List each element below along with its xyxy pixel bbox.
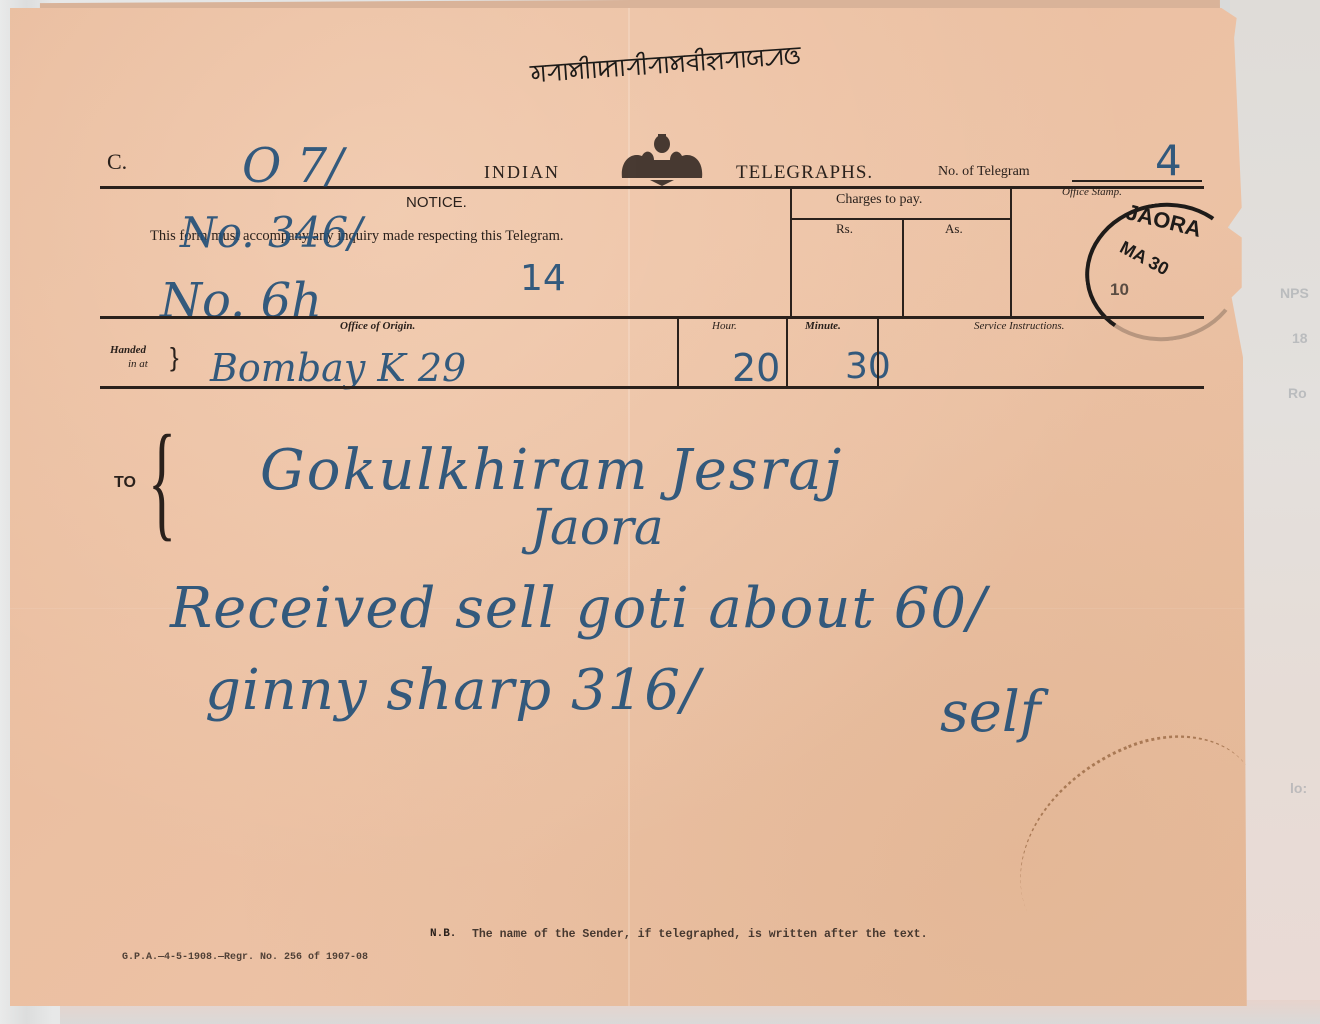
office-of-origin-value: Bombay K 29 [210, 346, 466, 390]
telegram-number-value: 4 [1155, 136, 1182, 185]
nb-text: The name of the Sender, if telegraphed, … [472, 928, 927, 941]
service-instructions-label: Service Instructions. [974, 320, 1064, 332]
charges-col-as: As. [945, 221, 963, 237]
hour-label: Hour. [712, 320, 737, 332]
handed-in-label-1: Handed [110, 344, 146, 356]
to-label: TO [114, 474, 136, 492]
header-title-indian: INDIAN [484, 162, 560, 183]
handed-in-label-2: in at [128, 358, 148, 370]
handwritten-code-1: O 7/ [242, 138, 343, 194]
minute-value: 30 [845, 346, 891, 387]
handwritten-word-count: 14 [520, 258, 566, 299]
telegram-form: ꠉꠞꠣꠝꠤꠣꠇꠣꠞꠤꠞꠣꠝꠌꠤꠡꠞꠣꠎꠀꠃ C. INDIAN TELEGRAP… [10, 8, 1272, 1006]
message-signature: self [940, 680, 1041, 745]
notice-heading: NOTICE. [406, 194, 467, 211]
to-brace: { [148, 416, 176, 546]
addressee-place: Jaora [530, 498, 664, 556]
handwritten-code-2: No. 346/ [180, 208, 362, 257]
message-line-1: Received sell goti about 60/ [170, 576, 987, 641]
top-script-annotation: ꠉꠞꠣꠝꠤꠣꠇꠣꠞꠤꠞꠣꠝꠌꠤꠡꠞꠣꠎꠀꠃ [529, 39, 802, 91]
handwritten-code-3: No. 6h [160, 273, 322, 329]
hour-value: 20 [732, 346, 780, 390]
telegram-number-label: No. of Telegram [938, 164, 1030, 180]
minute-label: Minute. [805, 320, 841, 332]
office-of-origin-label: Office of Origin. [340, 320, 415, 332]
nb-label: N.B. [430, 928, 456, 940]
office-stamp-label: Office Stamp. [1062, 186, 1122, 198]
office-stamp-year: 10 [1110, 280, 1129, 300]
class-letter: C. [107, 149, 127, 175]
charges-heading: Charges to pay. [836, 192, 922, 208]
crown-emblem-icon [602, 130, 722, 186]
charges-col-rs: Rs. [836, 221, 853, 237]
message-line-2: ginny sharp 316/ [205, 658, 701, 723]
header-title-telegraphs: TELEGRAPHS. [736, 162, 873, 184]
addressee-name: Gokulkhiram Jesraj [260, 438, 843, 503]
printer-note: G.P.A.—4-5-1908.—Regr. No. 256 of 1907-0… [122, 952, 368, 963]
